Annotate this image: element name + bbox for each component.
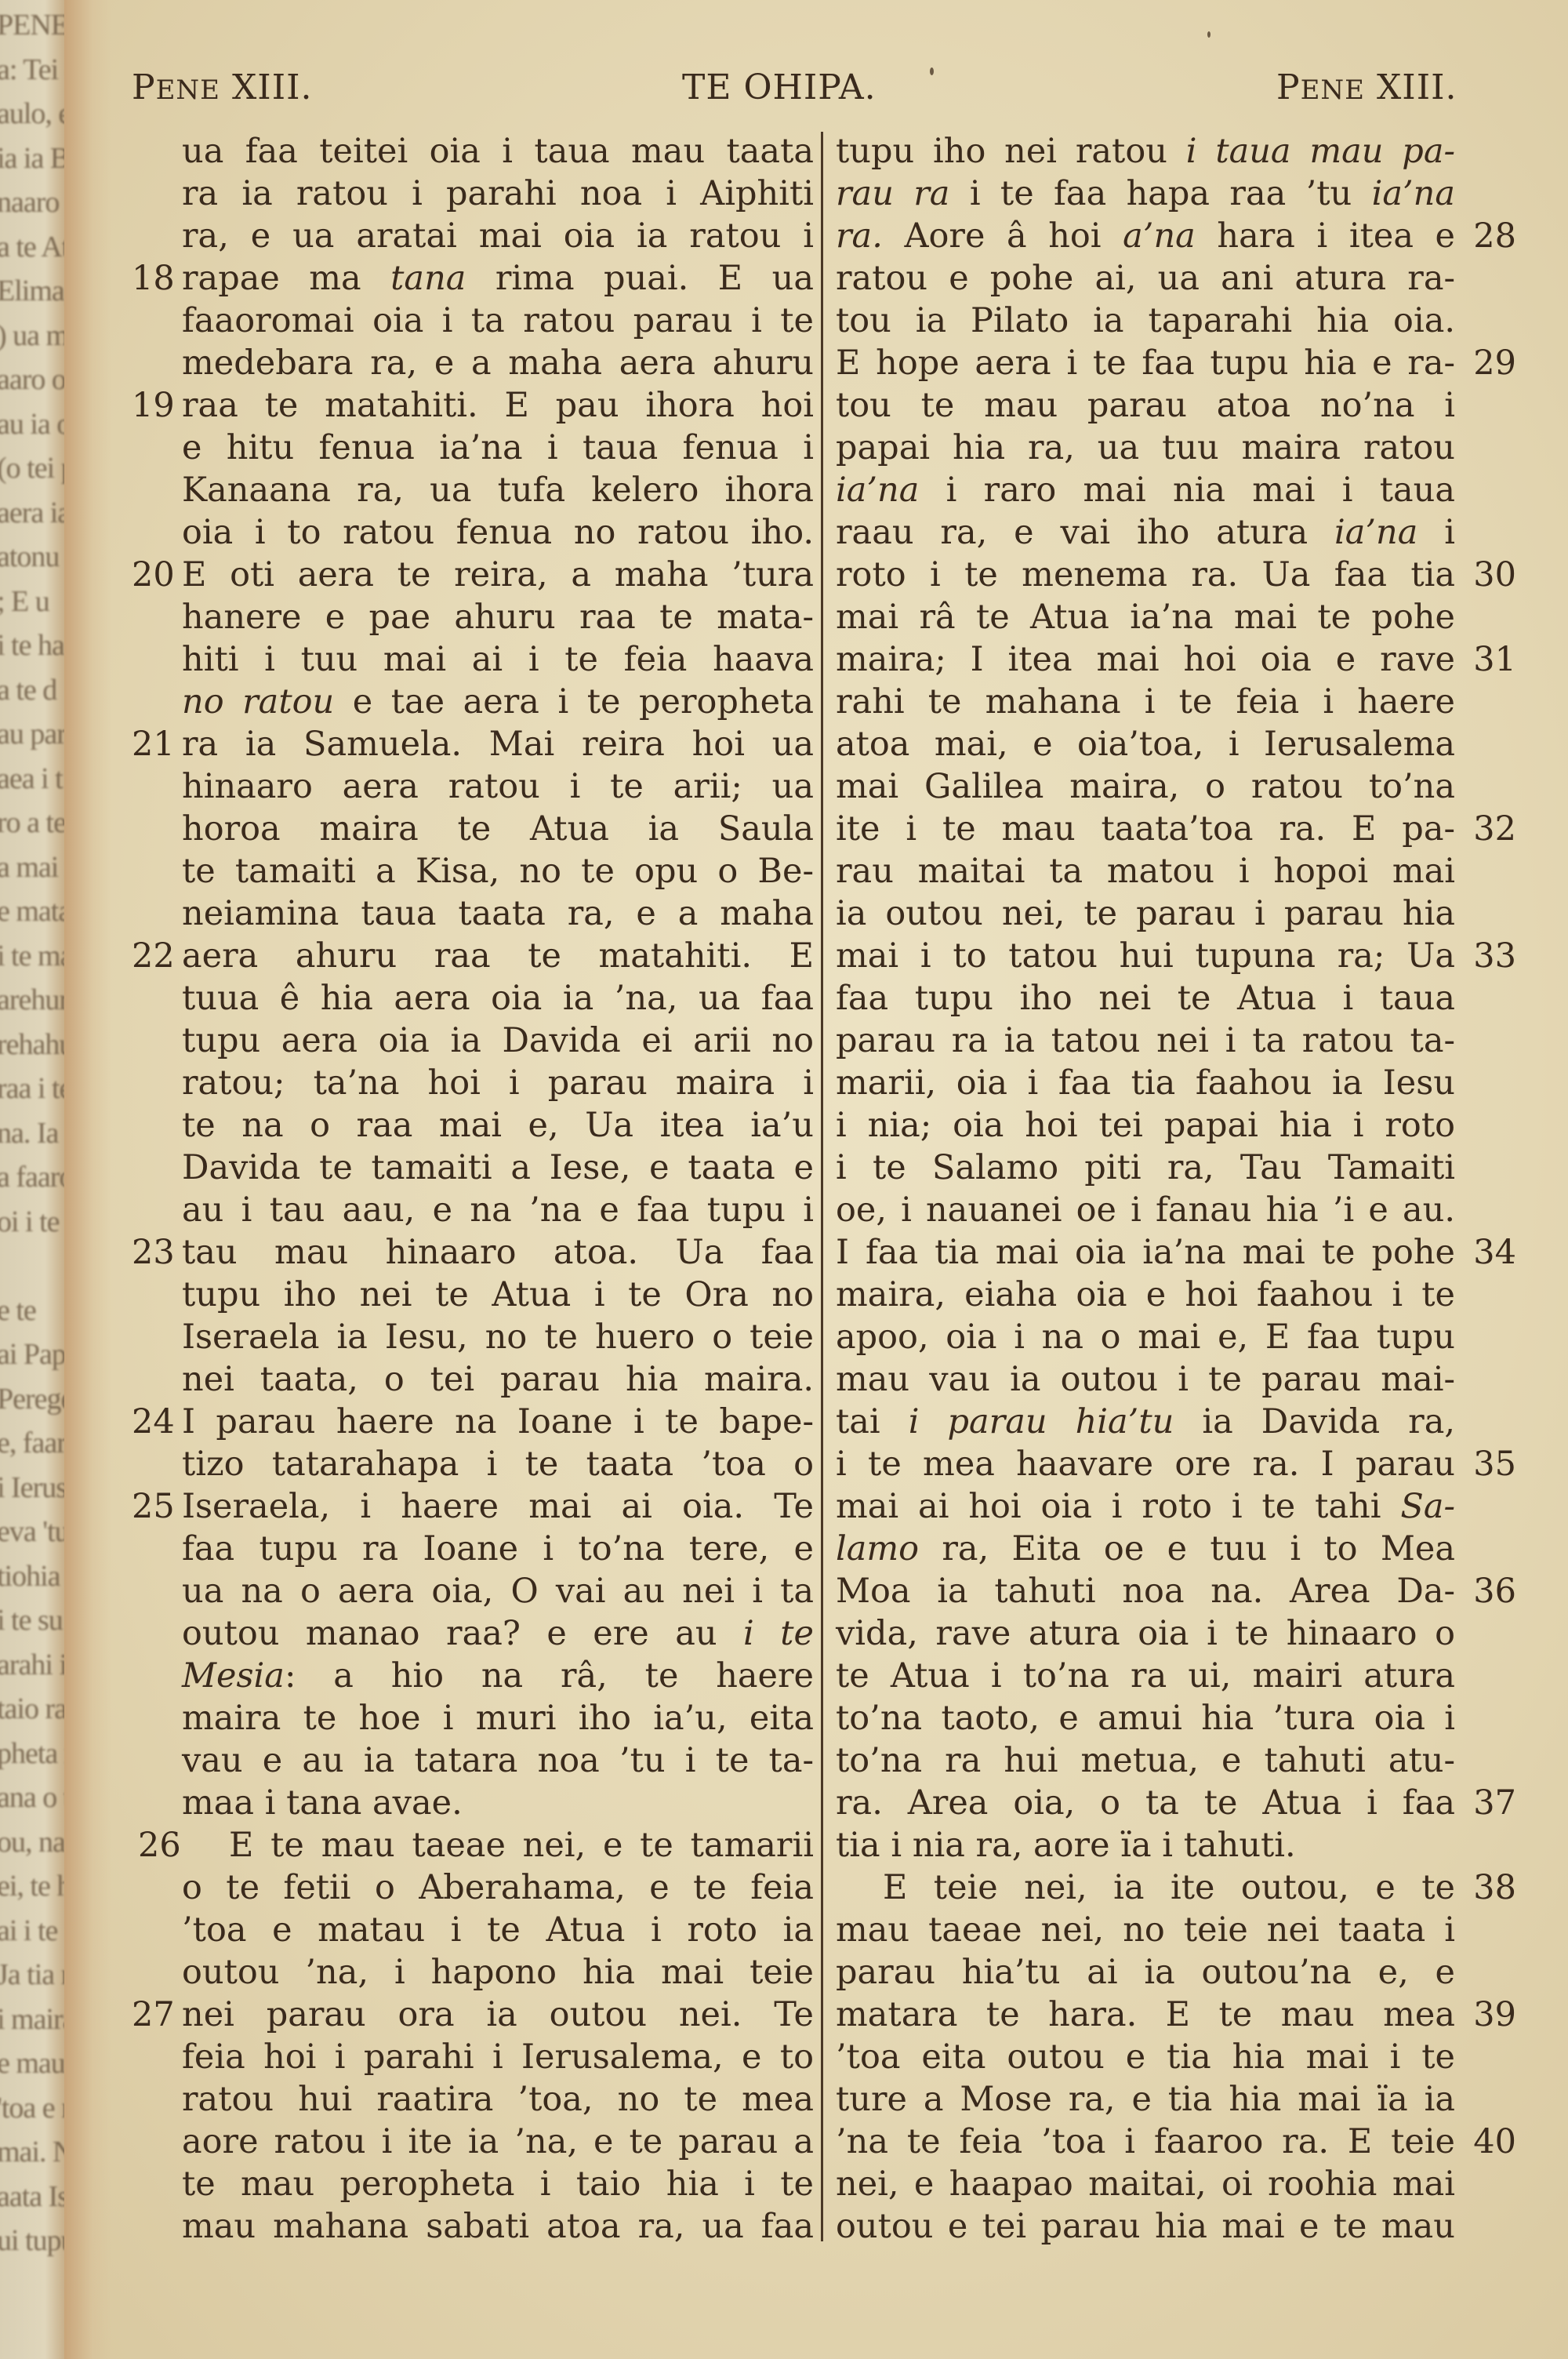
text-run: Iseraela, i haere mai ai oia. Te: [182, 1487, 814, 1526]
text-run: maa i tana avae.: [182, 1783, 463, 1823]
bleed-text-line: na. Ia: [0, 1116, 58, 1150]
text-line: ratou e pohe ai, ua ani atura ra-: [836, 257, 1455, 300]
text-run: ra ia ratou i parahi noa i Aiphiti: [182, 174, 814, 213]
text-run: ia outou nei, te parau i parau hia: [836, 894, 1455, 933]
text-run: hara i itea e: [1196, 216, 1455, 256]
italic-text: rau ra: [836, 174, 949, 213]
text-line: raau ra, e vai iho atura ia’na i: [836, 511, 1455, 554]
text-line: tou ia Pilato ia taparahi hia oia.: [836, 300, 1455, 342]
text-line: mai ai hoi oia i roto i te tahi Sa-: [836, 1485, 1455, 1528]
bleed-text-line: mai. N: [0, 2135, 64, 2169]
text-run: mai i to tatou hui tupuna ra; Ua: [836, 936, 1455, 976]
text-run: maira; I itea mai hoi oia e rave: [836, 640, 1455, 679]
bleed-text-line: e, faar: [0, 1426, 64, 1460]
text-run: tizo tatarahapa i te taata ’toa o: [182, 1445, 814, 1484]
text-run: tau mau hinaaro atoa. Ua faa: [182, 1233, 814, 1272]
bleed-text-line: a: Tei o: [0, 53, 64, 87]
text-run: marii, oia i faa tia faahou ia Iesu: [836, 1063, 1455, 1103]
text-line: ratou hui raatira ’toa, no te mea: [182, 2078, 814, 2121]
text-line: 18rapae ma tana rima puai. E ua: [182, 257, 814, 300]
text-run: : a hio na râ, te haere: [285, 1656, 814, 1696]
text-run: ratou hui raatira ’toa, no te mea: [182, 2080, 814, 2119]
text-run: outou e tei parau hia mai e te mau: [836, 2207, 1455, 2246]
bleed-text-line: ) ua ma: [0, 318, 64, 353]
text-run: ’na te feia ’toa i faaroo ra. E teie: [836, 2122, 1455, 2161]
bleed-text-line: ro a te h: [0, 805, 64, 840]
bleed-text-line: tiohia i: [0, 1559, 64, 1594]
text-line: ua na o aera oia, O vai au nei i ta: [182, 1570, 814, 1612]
text-run: mai râ te Atua ia’na mai te pohe: [836, 598, 1455, 637]
bleed-text-line: raa i te: [0, 1071, 64, 1106]
text-run: E hope aera i te faa tupu hia e ra-: [836, 343, 1455, 383]
verse-number: 34: [1473, 1231, 1516, 1274]
text-run: Iseraela ia Iesu, no te huero o teie: [182, 1318, 814, 1357]
text-line: 38E teie nei, ia ite outou, e te: [836, 1866, 1455, 1909]
verse-number: 25: [132, 1485, 175, 1528]
bleed-text-line: pheta r: [0, 1736, 64, 1771]
text-line: ratou; ta’na hoi i parau maira i: [182, 1062, 814, 1104]
bleed-text-line: aera ia i: [0, 496, 64, 530]
text-run: oia i to ratou fenua no ratou iho.: [182, 513, 814, 552]
text-run: ra, e ua aratai mai oia ia ratou i: [182, 216, 814, 256]
bleed-text-line: Elima, (: [0, 274, 64, 308]
text-line: Iseraela ia Iesu, no te huero o teie: [182, 1316, 814, 1358]
text-run: te na o raa mai e, Ua itea ia’u: [182, 1106, 814, 1145]
text-run: nei, e haapao maitai, oi roohia mai: [836, 2165, 1455, 2204]
text-run: tai: [836, 1402, 909, 1441]
text-line: neiamina taua taata ra, e a maha: [182, 892, 814, 935]
text-line: ia’na i raro mai nia mai i taua: [836, 469, 1455, 511]
text-line: 39matara te hara. E te mau mea: [836, 1994, 1455, 2036]
verse-number: 26: [138, 1824, 181, 1866]
text-line: ra ia ratou i parahi noa i Aiphiti: [182, 173, 814, 215]
text-run: I parau haere na Ioane i te bape-: [182, 1402, 814, 1441]
verse-number: 32: [1473, 808, 1516, 850]
text-line: tia i nia ra, aore ïa i tahuti.: [836, 1824, 1455, 1866]
text-line: 19raa te matahiti. E pau ihora hoi: [182, 384, 814, 427]
text-line: maa i tana avae.: [182, 1782, 814, 1824]
text-run: horoa maira te Atua ia Saula: [182, 809, 814, 849]
bleed-text-line: a te d: [0, 673, 56, 707]
book-page: PENE Xa: Tei oaulo, e taia ia Barnaaro o…: [0, 0, 1568, 2359]
italic-text: lamo: [836, 1529, 919, 1568]
text-line: 24I parau haere na Ioane i te bape-: [182, 1401, 814, 1443]
text-run: ’toa e matau i te Atua i roto ia: [182, 1910, 814, 1950]
bleed-text-line: i Ierus: [0, 1470, 64, 1505]
italic-text: ra.: [836, 216, 883, 256]
text-line: to’na taoto, e amui hia ’tura oia i: [836, 1697, 1455, 1739]
text-run: E teie nei, ia ite outou, e te: [883, 1868, 1455, 1907]
text-line: marii, oia i faa tia faahou ia Iesu: [836, 1062, 1455, 1104]
bleed-text-line: e te: [0, 1293, 36, 1328]
text-run: to’na taoto, e amui hia ’tura oia i: [836, 1699, 1455, 1738]
bleed-text-line: a faaro: [0, 1160, 64, 1194]
verse-number: 39: [1473, 1994, 1516, 2036]
text-line: hanere e pae ahuru raa te mata-: [182, 596, 814, 638]
bleed-text-line: rehahu: [0, 1027, 64, 1062]
text-line: ia outou nei, te parau i parau hia: [836, 892, 1455, 935]
left-text-column: ua faa teitei oia i taua mau taatara ia …: [182, 130, 814, 2248]
text-run: i te Salamo piti ra, Tau Tamaiti: [836, 1148, 1455, 1187]
text-line: te mau peropheta i taio hia i te: [182, 2163, 814, 2205]
text-line: parau ra ia tatou nei i ta ratou ta-: [836, 1020, 1455, 1062]
text-run: ia Davida ra,: [1174, 1402, 1455, 1441]
bleed-text-line: i maira: [0, 2002, 64, 2037]
text-line: rau ra i te faa hapa raa ’tu ia’na: [836, 173, 1455, 215]
text-line: atoa mai, e oia’toa, i Ierusalema: [836, 723, 1455, 765]
text-line: tizo tatarahapa i te taata ’toa o: [182, 1443, 814, 1485]
italic-text: i taua mau pa-: [1186, 132, 1455, 171]
text-run: I faa tia mai oia ia’na mai te pohe: [836, 1233, 1455, 1272]
text-line: faa tupu ra Ioane i to’na tere, e: [182, 1528, 814, 1570]
text-line: oe, i nauanei oe i fanau hia ’i e au.: [836, 1189, 1455, 1231]
text-run: raau ra, e vai iho atura: [836, 513, 1334, 552]
text-line: tupu iho nei ratou i taua mau pa-: [836, 130, 1455, 173]
text-line: vau e au ia tatara noa ’tu i te ta-: [182, 1739, 814, 1782]
text-line: 26E te mau taeae nei, e te tamarii: [182, 1824, 814, 1866]
text-run: outou manao raa? e ere au: [182, 1614, 743, 1653]
verse-number: 22: [132, 935, 175, 977]
bleed-text-line: ai Paph: [0, 1337, 64, 1372]
verse-number: 19: [132, 384, 175, 427]
text-run: aore ratou i ite ia ’na, e te parau a: [182, 2122, 814, 2161]
text-run: aera ahuru raa te matahiti. E: [182, 936, 814, 976]
text-run: E te mau taeae nei, e te tamarii: [229, 1826, 814, 1865]
header-left-initial: P: [132, 67, 156, 107]
text-run: ua na o aera oia, O vai au nei i ta: [182, 1572, 814, 1611]
text-line: mau mahana sabati atoa ra, ua faa: [182, 2205, 814, 2248]
text-line: 28ra. Aore â hoi a’na hara i itea e: [836, 215, 1455, 257]
text-run: vida, rave atura oia i te hinaaro o: [836, 1614, 1455, 1653]
text-line: Mesia: a hio na râ, te haere: [182, 1655, 814, 1697]
text-line: tuua ê hia aera oia ia ’na, ua faa: [182, 977, 814, 1020]
text-line: parau hia’tu ai ia outou’na e, e: [836, 1951, 1455, 1994]
text-run: te Atua i to’na ra ui, mairi atura: [836, 1656, 1455, 1696]
text-run: apoo, oia i na o mai e, E faa tupu: [836, 1318, 1455, 1357]
text-run: atoa mai, e oia’toa, i Ierusalema: [836, 725, 1455, 764]
text-line: Davida te tamaiti a Iese, e taata e: [182, 1147, 814, 1189]
text-run: faaoromai oia i ta ratou parau i te: [182, 301, 814, 340]
text-line: tou te mau parau atoa no’na i: [836, 384, 1455, 427]
text-run: au i tau aau, e na ’na e faa tupu i: [182, 1190, 814, 1230]
text-run: te mau peropheta i taio hia i te: [182, 2165, 814, 2204]
bleed-text-line: ana o te: [0, 1780, 64, 1815]
running-header-right: PENE XIII.: [1276, 67, 1457, 114]
text-run: i te faa hapa raa ’tu: [949, 174, 1371, 213]
facing-page-bleed: PENE Xa: Tei oaulo, e taia ia Barnaaro o…: [0, 0, 64, 2359]
text-line: ua faa teitei oia i taua mau taata: [182, 130, 814, 173]
text-line: 33mai i to tatou hui tupuna ra; Ua: [836, 935, 1455, 977]
verse-number: 21: [132, 723, 175, 765]
bleed-text-line: arehure: [0, 983, 64, 1017]
text-run: nei taata, o tei parau hia maira.: [182, 1360, 814, 1399]
text-line: hiti i tuu mai ai i te feia haava: [182, 638, 814, 681]
bleed-text-line: aata Iser: [0, 2179, 64, 2214]
text-line: ture a Mose ra, e tia hia mai ïa ia: [836, 2078, 1455, 2121]
text-run: ’toa eita outou e tia hia mai i te: [836, 2037, 1455, 2077]
running-header-left: PENE XIII.: [132, 67, 312, 114]
right-text-column: tupu iho nei ratou i taua mau pa-rau ra …: [836, 130, 1455, 2248]
verse-number: 40: [1473, 2121, 1516, 2163]
verse-number: 18: [132, 257, 175, 300]
text-run: maira te hoe i muri iho ia’u, eita: [182, 1699, 814, 1738]
text-run: mau mahana sabati atoa ra, ua faa: [182, 2207, 814, 2246]
text-run: ua faa teitei oia i taua mau taata: [182, 132, 814, 171]
text-line: hinaaro aera ratou i te arii; ua: [182, 765, 814, 808]
text-run: rapae ma: [182, 259, 390, 298]
verse-number: 31: [1473, 638, 1516, 681]
bleed-text-line: Perege: [0, 1382, 64, 1416]
text-line: te na o raa mai e, Ua itea ia’u: [182, 1104, 814, 1147]
italic-text: i te: [743, 1614, 814, 1653]
bleed-text-line: eva 'tu: [0, 1514, 64, 1549]
text-line: feia hoi i parahi i Ierusalema, e to: [182, 2036, 814, 2078]
text-line: vida, rave atura oia i te hinaaro o: [836, 1612, 1455, 1655]
text-run: Kanaana ra, ua tufa kelero ihora: [182, 471, 814, 510]
text-run: rahi te mahana i te feia i haere: [836, 682, 1455, 722]
italic-text: ia’na: [1334, 513, 1417, 552]
text-run: i raro mai nia mai i taua: [919, 471, 1455, 510]
verse-number: 28: [1473, 215, 1516, 257]
text-run: E oti aera te reira, a maha ’tura: [182, 555, 814, 594]
bleed-text-line: PENE X: [0, 8, 64, 42]
verse-number: 37: [1473, 1782, 1516, 1824]
text-run: rima puai. E ua: [466, 259, 814, 298]
text-run: mai ai hoi oia i roto i te tahi: [836, 1487, 1400, 1526]
text-line: i nia; oia hoi tei papai hia i roto: [836, 1104, 1455, 1147]
bleed-text-line: a mai m: [0, 850, 64, 885]
bleed-text-line: i te mah: [0, 939, 64, 973]
text-line: mai Galilea maira, o ratou to’na: [836, 765, 1455, 808]
text-run: Davida te tamaiti a Iese, e taata e: [182, 1148, 814, 1187]
verse-number: 20: [132, 554, 175, 596]
header-right-smallcaps: ENE: [1301, 75, 1365, 106]
text-line: ra, e ua aratai mai oia ia ratou i: [182, 215, 814, 257]
text-run: matara te hara. E te mau mea: [836, 1995, 1455, 2034]
text-line: faaoromai oia i ta ratou parau i te: [182, 300, 814, 342]
text-line: 27nei parau ora ia outou nei. Te: [182, 1994, 814, 2036]
text-line: 40’na te feia ’toa i faaroo ra. E teie: [836, 2121, 1455, 2163]
text-run: ratou e pohe ai, ua ani atura ra-: [836, 259, 1455, 298]
verse-number: 36: [1473, 1570, 1516, 1612]
text-line: tupu aera oia ia Davida ei arii no: [182, 1020, 814, 1062]
bleed-text-line: naaro oia: [0, 185, 64, 220]
text-run: te tamaiti a Kisa, no te opu o Be-: [182, 852, 814, 891]
italic-text: ia’na: [1372, 174, 1455, 213]
bleed-text-line: i te su: [0, 1603, 63, 1637]
text-run: to’na ra hui metua, e tahuti atu-: [836, 1741, 1455, 1780]
header-right-initial: P: [1276, 67, 1301, 107]
text-run: e hitu fenua ia’na i taua fenua i: [182, 428, 814, 467]
bleed-text-line: ou, na o: [0, 1825, 64, 1859]
text-line: outou e tei parau hia mai e te mau: [836, 2205, 1455, 2248]
bleed-text-line: taio ra: [0, 1692, 64, 1726]
text-line: faa tupu iho nei te Atua i taua: [836, 977, 1455, 1020]
verse-number: 27: [132, 1994, 175, 2036]
text-run: medebara ra, e a maha aera ahuru: [182, 343, 814, 383]
italic-text: no ratou: [182, 682, 334, 722]
italic-text: i parau hia’tu: [909, 1402, 1174, 1441]
text-run: ratou; ta’na hoi i parau maira i: [182, 1063, 814, 1103]
verse-number: 33: [1473, 935, 1516, 977]
bleed-text-line: au para: [0, 717, 64, 751]
text-line: mai râ te Atua ia’na mai te pohe: [836, 596, 1455, 638]
text-line: 36Moa ia tahuti noa na. Area Da-: [836, 1570, 1455, 1612]
text-run: nei parau ora ia outou nei. Te: [182, 1995, 814, 2034]
text-line: 31maira; I itea mai hoi oia e rave: [836, 638, 1455, 681]
italic-text: Mesia: [182, 1656, 285, 1696]
text-run: hinaaro aera ratou i te arii; ua: [182, 767, 814, 806]
text-run: tou ia Pilato ia taparahi hia oia.: [836, 301, 1455, 340]
italic-text: a’na: [1123, 216, 1196, 256]
text-line: 37ra. Area oia, o ta te Atua i faa: [836, 1782, 1455, 1824]
text-line: 21ra ia Samuela. Mai reira hoi ua: [182, 723, 814, 765]
text-run: oe, i nauanei oe i fanau hia ’i e au.: [836, 1190, 1455, 1230]
bleed-text-line: i te ha: [0, 628, 64, 663]
text-line: rau maitai ta matou i hopoi mai: [836, 850, 1455, 892]
text-run: Moa ia tahuti noa na. Area Da-: [836, 1572, 1455, 1611]
text-line: 23tau mau hinaaro atoa. Ua faa: [182, 1231, 814, 1274]
text-line: mau vau ia outou i te parau mai-: [836, 1358, 1455, 1401]
text-line: te Atua i to’na ra ui, mairi atura: [836, 1655, 1455, 1697]
text-line: i te Salamo piti ra, Tau Tamaiti: [836, 1147, 1455, 1189]
text-line: ’toa e matau i te Atua i roto ia: [182, 1909, 814, 1951]
text-run: parau hia’tu ai ia outou’na e, e: [836, 1953, 1455, 1992]
text-line: ’toa eita outou e tia hia mai i te: [836, 2036, 1455, 2078]
italic-text: ia’na: [836, 471, 919, 510]
bleed-text-line: oi i te p: [0, 1205, 64, 1239]
paper-speck: [930, 67, 934, 75]
bleed-text-line: 'toa e m: [0, 2091, 64, 2125]
text-run: maira, eiaha oia e hoi faahou i te: [836, 1275, 1455, 1314]
text-line: e hitu fenua ia’na i taua fenua i: [182, 427, 814, 469]
bleed-text-line: ai i te: [0, 1914, 57, 1948]
bleed-text-line: a te Atu: [0, 230, 64, 264]
text-run: ite i te mau taata’toa ra. E pa-: [836, 809, 1455, 849]
text-run: tia i nia ra, aore ïa i tahuti.: [836, 1826, 1296, 1865]
text-run: mai Galilea maira, o ratou to’na: [836, 767, 1455, 806]
text-line: horoa maira te Atua ia Saula: [182, 808, 814, 850]
text-run: outou ’na, i hapono hia mai teie: [182, 1953, 814, 1992]
text-run: roto i te menema ra. Ua faa tia: [836, 555, 1455, 594]
text-run: parau ra ia tatou nei i ta ratou ta-: [836, 1021, 1455, 1060]
text-line: apoo, oia i na o mai e, E faa tupu: [836, 1316, 1455, 1358]
text-line: 34I faa tia mai oia ia’na mai te pohe: [836, 1231, 1455, 1274]
text-run: mau vau ia outou i te parau mai-: [836, 1360, 1455, 1399]
text-line: au i tau aau, e na ’na e faa tupu i: [182, 1189, 814, 1231]
text-line: rahi te mahana i te feia i haere: [836, 681, 1455, 723]
text-run: neiamina taua taata ra, e a maha: [182, 894, 814, 933]
text-run: hiti i tuu mai ai i te feia haava: [182, 640, 814, 679]
verse-number: 23: [132, 1231, 175, 1274]
text-line: 25Iseraela, i haere mai ai oia. Te: [182, 1485, 814, 1528]
text-line: outou ’na, i hapono hia mai teie: [182, 1951, 814, 1994]
text-line: 29E hope aera i te faa tupu hia e ra-: [836, 342, 1455, 384]
paper-speck: [1207, 31, 1210, 38]
text-run: hanere e pae ahuru raa te mata-: [182, 598, 814, 637]
bleed-text-line: au ia ori: [0, 407, 64, 442]
bleed-text-line: ui tupun: [0, 2223, 64, 2258]
verse-number: 35: [1473, 1443, 1516, 1485]
text-run: papai hia ra, ua tuu maira ratou: [836, 428, 1455, 467]
running-header-title: TE OHIPA.: [682, 67, 877, 114]
text-line: tai i parau hia’tu ia Davida ra,: [836, 1401, 1455, 1443]
text-line: papai hia ra, ua tuu maira ratou: [836, 427, 1455, 469]
header-left-chapter: XIII.: [220, 67, 312, 107]
bleed-text-line: aea i t: [0, 761, 63, 796]
text-line: to’na ra hui metua, e tahuti atu-: [836, 1739, 1455, 1782]
bleed-text-line: arahi ih: [0, 1648, 64, 1682]
text-line: 30roto i te menema ra. Ua faa tia: [836, 554, 1455, 596]
text-line: 22aera ahuru raa te matahiti. E: [182, 935, 814, 977]
text-run: faa tupu iho nei te Atua i taua: [836, 979, 1455, 1018]
verse-number: 24: [132, 1401, 175, 1443]
text-line: outou manao raa? e ere au i te: [182, 1612, 814, 1655]
text-line: nei, e haapao maitai, oi roohia mai: [836, 2163, 1455, 2205]
verse-number: 38: [1473, 1866, 1516, 1909]
bleed-text-line: e matap: [0, 894, 64, 929]
column-divider: [821, 132, 823, 2241]
text-run: Aore â hoi: [883, 216, 1123, 256]
text-line: no ratou e tae aera i te peropheta: [182, 681, 814, 723]
text-run: rau maitai ta matou i hopoi mai: [836, 852, 1455, 891]
text-line: 35i te mea haavare ore ra. I parau: [836, 1443, 1455, 1485]
text-line: 32ite i te mau taata’toa ra. E pa-: [836, 808, 1455, 850]
text-run: tupu iho nei ratou: [836, 132, 1186, 171]
text-line: aore ratou i ite ia ’na, e te parau a: [182, 2121, 814, 2163]
text-line: nei taata, o tei parau hia maira.: [182, 1358, 814, 1401]
header-left-smallcaps: ENE: [156, 75, 220, 106]
text-run: faa tupu ra Ioane i to’na tere, e: [182, 1529, 814, 1568]
text-run: feia hoi i parahi i Ierusalema, e to: [182, 2037, 814, 2077]
bleed-text-line: ei, te hi: [0, 1869, 64, 1903]
bleed-text-line: atonu m: [0, 540, 64, 574]
text-run: i nia; oia hoi tei papai hia i roto: [836, 1106, 1455, 1145]
text-line: tupu iho nei te Atua i te Ora no: [182, 1274, 814, 1316]
italic-text: tana: [390, 259, 466, 298]
text-run: tupu aera oia ia Davida ei arii no: [182, 1021, 814, 1060]
text-run: vau e au ia tatara noa ’tu i te ta-: [182, 1741, 814, 1780]
text-line: te tamaiti a Kisa, no te opu o Be-: [182, 850, 814, 892]
bleed-text-line: (o tei par: [0, 451, 64, 485]
text-run: tuua ê hia aera oia ia ’na, ua faa: [182, 979, 814, 1018]
text-line: oia i to ratou fenua no ratou iho.: [182, 511, 814, 554]
text-run: ture a Mose ra, e tia hia mai ïa ia: [836, 2080, 1455, 2119]
text-line: Kanaana ra, ua tufa kelero ihora: [182, 469, 814, 511]
italic-text: Sa-: [1400, 1487, 1455, 1526]
text-run: ra, Eita oe e tuu i to Mea: [919, 1529, 1455, 1568]
text-run: e tae aera i te peropheta: [334, 682, 814, 722]
bleed-text-line: ; E u: [0, 584, 49, 619]
header-right-chapter: XIII.: [1365, 67, 1457, 107]
text-line: maira te hoe i muri iho ia’u, eita: [182, 1697, 814, 1739]
text-run: ra. Area oia, o ta te Atua i faa: [836, 1783, 1455, 1823]
verse-number: 29: [1473, 342, 1516, 384]
text-run: o te fetii o Aberahama, e te feia: [182, 1868, 814, 1907]
text-run: i: [1417, 513, 1455, 552]
text-line: lamo ra, Eita oe e tuu i to Mea: [836, 1528, 1455, 1570]
text-run: i te mea haavare ore ra. I parau: [836, 1445, 1455, 1484]
text-line: mau taeae nei, no teie nei taata i: [836, 1909, 1455, 1951]
text-line: 20E oti aera te reira, a maha ’tura: [182, 554, 814, 596]
verse-number: 30: [1473, 554, 1516, 596]
bleed-text-line: Ja tia m: [0, 1957, 64, 1992]
text-run: raa te matahiti. E pau ihora hoi: [182, 386, 814, 425]
text-line: o te fetii o Aberahama, e te feia: [182, 1866, 814, 1909]
text-run: tupu iho nei te Atua i te Ora no: [182, 1275, 814, 1314]
text-run: ra ia Samuela. Mai reira hoi ua: [182, 725, 814, 764]
text-run: tou te mau parau atoa no’na i: [836, 386, 1455, 425]
